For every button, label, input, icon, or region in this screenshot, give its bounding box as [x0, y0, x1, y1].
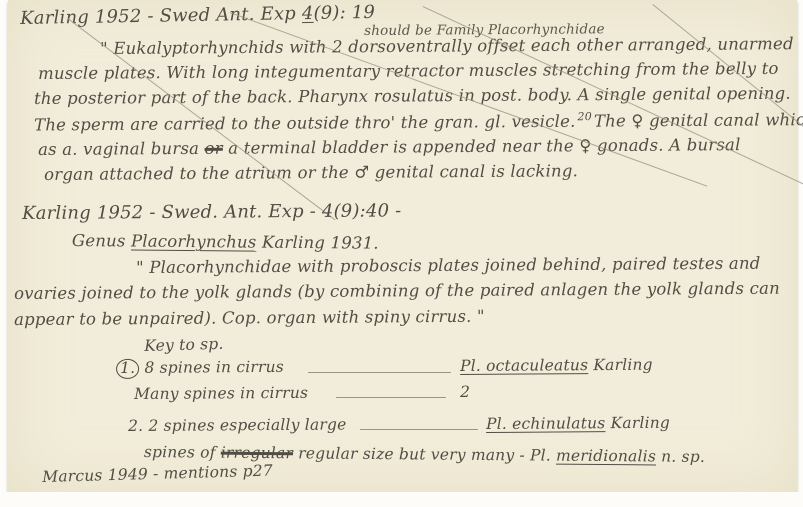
key-row-3-author: Karling [611, 414, 671, 432]
key-row-3: 2. 2 spines especially large [128, 415, 347, 435]
entry1-quote-line-3: the posterior part of the back. Pharynx … [34, 84, 791, 108]
entry1-quote-line-5: as a. vaginal bursa or a terminal bladde… [38, 135, 741, 159]
footer-note: Marcus 1949 - mentions p27 [42, 462, 273, 486]
entry1-line4-pre: The sperm are carried to the outside thr… [34, 112, 576, 135]
entry1-quote-line-6: organ attached to the atrium or the ♂ ge… [44, 161, 578, 184]
key-row-1-author: Karling [593, 356, 653, 374]
index-card: Karling 1952 - Swed Ant. Exp 4(9): 19 sh… [8, 0, 797, 492]
key-row-2-dash-line [336, 397, 446, 398]
entry1-citation-pre: Karling 1952 - Swed Ant. Exp [20, 3, 302, 29]
entry1-line5-post: a terminal bladder is appended near the … [223, 135, 741, 158]
entry1-line5-pre: as a. vaginal bursa [38, 139, 205, 159]
entry2-quote-line-3: appear to be unpaired). Cop. organ with … [14, 307, 485, 329]
key-row-4-mid: regular size but very many - Pl. [293, 444, 556, 464]
entry2-genus-line: Genus Placorhynchus Karling 1931. [72, 231, 379, 253]
entry2-genus-label: Genus [72, 231, 131, 251]
entry2-citation-line: Karling 1952 - Swed. Ant. Exp - 4(9):40 … [22, 200, 401, 224]
scanned-note-card-page: { "colors": { "card": "#f2edda", "ink": … [0, 0, 803, 507]
entry2-genus-name: Placorhynchus [131, 232, 257, 252]
key-row-2-result: 2 [460, 383, 470, 401]
entry1-citation-line: Karling 1952 - Swed Ant. Exp 4(9): 19 [20, 2, 375, 29]
key-row-3-species: Pl. echinulatus [486, 414, 605, 433]
key-row-4-pre: spines of [144, 443, 221, 462]
key-row-3-result: Pl. echinulatus Karling [486, 414, 670, 433]
key-row-1-number: 1. [116, 359, 139, 379]
key-row-3-number: 2. [128, 417, 143, 435]
key-row-2: Many spines in cirrus [134, 384, 308, 403]
entry1-citation-post: (9): 19 [313, 2, 375, 24]
entry1-quote-line-1: " Eukalyptorhynchids with 2 dorsoventral… [100, 34, 794, 58]
entry2-quote-line-1: " Placorhynchidae with proboscis plates … [136, 254, 761, 277]
scan-background-strip [0, 492, 803, 507]
key-row-3-text: 2 spines especially large [148, 415, 346, 434]
key-row-4-species: meridionalis [556, 447, 656, 466]
key-row-1-text: 8 spines in cirrus [144, 358, 284, 377]
entry1-citation-volume: 4 [302, 3, 314, 24]
key-row-1: 1. 8 spines in cirrus [116, 358, 284, 379]
entry1-struck-word: or [204, 139, 222, 158]
key-row-1-result: Pl. octaculeatus Karling [460, 356, 653, 375]
key-row-4-suffix: n. sp. [656, 447, 705, 465]
entry1-line4-post: The ♀ genital canal which serves [594, 110, 803, 131]
key-row-4-struck-word: irregular [221, 444, 293, 463]
key-title: Key to sp. [144, 335, 224, 355]
key-row-1-species: Pl. octaculeatus [460, 356, 588, 375]
entry1-superscript-insert: 20 [577, 110, 591, 123]
key-row-3-dash-line [360, 429, 478, 430]
entry2-quote-line-2: ovaries joined to the yolk glands (by co… [14, 279, 780, 303]
key-row-1-dash-line [308, 372, 451, 373]
entry2-genus-author: Karling 1931. [256, 233, 378, 253]
